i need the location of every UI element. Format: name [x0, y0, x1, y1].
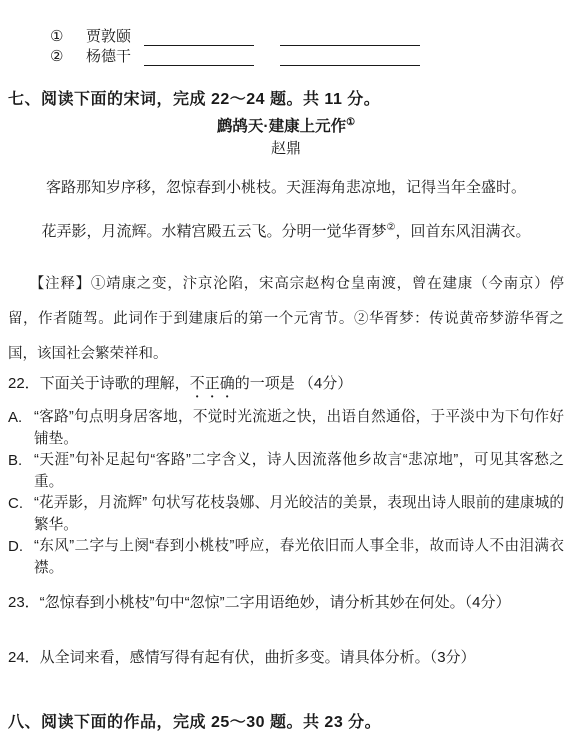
option-b-text: “天涯”句补足起句“客路”二字含义，诗人因流落他乡故言“悲凉地”，可见其客愁之重…: [34, 450, 564, 493]
option-a: A. “客路”句点明身居客地，不觉时光流逝之快，出语自然通俗，于平淡中为下句作好…: [8, 407, 564, 450]
option-c-text: “花弄影，月流辉” 句状写花枝袅娜、月光皎洁的美景，表现出诗人眼前的建康城的繁华…: [34, 493, 564, 536]
option-a-text: “客路”句点明身居客地，不觉时光流逝之快，出语自然通俗，于平淡中为下句作好铺垫。: [34, 407, 564, 450]
answer-blank: [280, 51, 420, 66]
option-c: C. “花弄影，月流辉” 句状写花枝袅娜、月光皎洁的美景，表现出诗人眼前的建康城…: [8, 493, 564, 536]
poem-title: 鹧鸪天·建康上元作①: [8, 113, 564, 136]
poem-stanza-2-tail: ，回首东风泪满衣。: [395, 223, 530, 240]
option-d: D. “东风”二字与上阕“春到小桃枝”呼应，春光依旧而人事全非，故而诗人不由泪满…: [8, 536, 564, 579]
question-22-options: A. “客路”句点明身居客地，不觉时光流逝之快，出语自然通俗，于平淡中为下句作好…: [8, 407, 564, 579]
poem-notes: 【注释】①靖康之变，汴京沦陷，宋高宗赵构仓皇南渡，曾在建康（今南京）停留，作者随…: [8, 267, 564, 372]
fill-in-section: ① 贾敦颐 ② 杨德干: [8, 26, 564, 66]
question-22-tail: 的一项是 （4分）: [235, 375, 353, 392]
poem-stanza-2-text: 花弄影，月流辉。水精宫殿五云飞。分明一觉华胥梦: [42, 223, 387, 240]
option-a-label: A.: [8, 407, 34, 450]
poem-title-text: 鹧鸪天·建康上元作: [217, 118, 346, 135]
option-c-label: C.: [8, 493, 34, 536]
person-name: 杨德干: [86, 47, 144, 66]
poem-stanza-2: 花弄影，月流辉。水精宫殿五云飞。分明一觉华胥梦②，回首东风泪满衣。: [8, 218, 564, 241]
fill-in-row-1: ① 贾敦颐: [50, 26, 564, 46]
question-24: 24．从全词来看，感情写得有起有伏，曲折多变。请具体分析。（3分）: [8, 648, 564, 667]
section-eight-heading: 八、阅读下面的作品，完成 25～30 题。共 23 分。: [8, 713, 564, 732]
poem-stanza-1: 客路那知岁序移，忽惊春到小桃枝。天涯海角悲凉地，记得当年全盛时。: [8, 178, 564, 197]
question-22-text: 22．下面关于诗歌的理解，: [8, 375, 190, 392]
question-23: 23．“忽惊春到小桃枝”句中“忽惊”二字用语绝妙，请分析其妙在何处。（4分）: [8, 593, 564, 612]
answer-blank: [144, 51, 254, 66]
document-page: ① 贾敦颐 ② 杨德干 七、阅读下面的宋词，完成 22～24 题。共 11 分。…: [0, 0, 572, 736]
section-seven-heading: 七、阅读下面的宋词，完成 22～24 题。共 11 分。: [8, 90, 564, 109]
item-number: ①: [50, 27, 86, 46]
answer-blank: [280, 31, 420, 46]
question-22-emphasized: 不正确: [190, 375, 235, 392]
question-22: 22．下面关于诗歌的理解，不正确的一项是 （4分）: [8, 374, 564, 401]
item-number: ②: [50, 47, 86, 66]
fill-in-row-2: ② 杨德干: [50, 46, 564, 66]
poem-author: 赵鼎: [8, 139, 564, 158]
option-d-label: D.: [8, 536, 34, 579]
person-name: 贾敦颐: [86, 27, 144, 46]
option-b-label: B.: [8, 450, 34, 493]
note-reference-1: ①: [346, 117, 355, 128]
answer-blank: [144, 31, 254, 46]
option-b: B. “天涯”句补足起句“客路”二字含义，诗人因流落他乡故言“悲凉地”，可见其客…: [8, 450, 564, 493]
option-d-text: “东风”二字与上阕“春到小桃枝”呼应，春光依旧而人事全非，故而诗人不由泪满衣襟。: [34, 536, 564, 579]
